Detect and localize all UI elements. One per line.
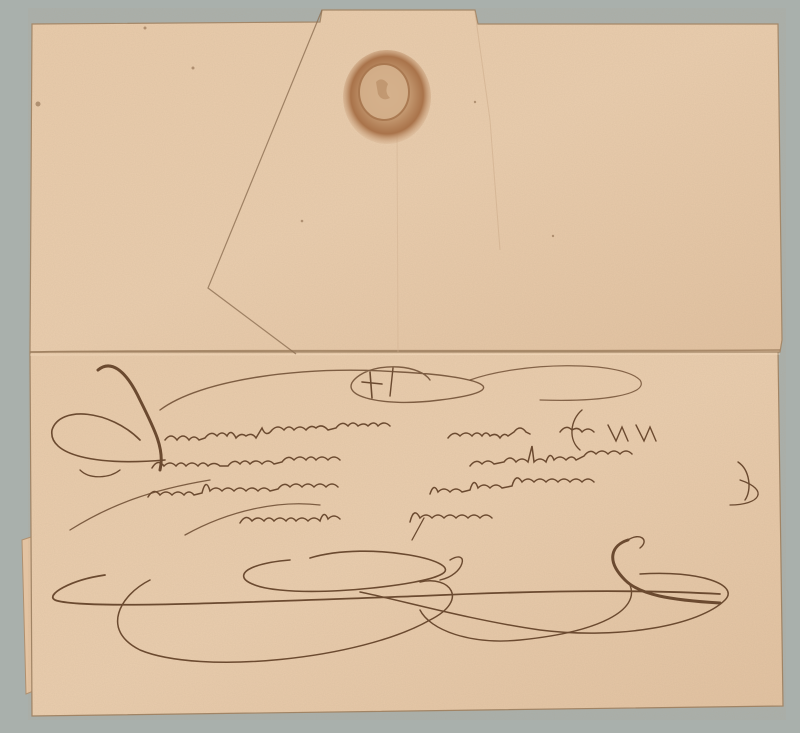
letter-photo: Den Ehrnvesten, Erbarn und Wolweisen Her… [0, 0, 800, 733]
letter-illustration [0, 0, 800, 733]
wax-seal-icon [343, 50, 431, 144]
